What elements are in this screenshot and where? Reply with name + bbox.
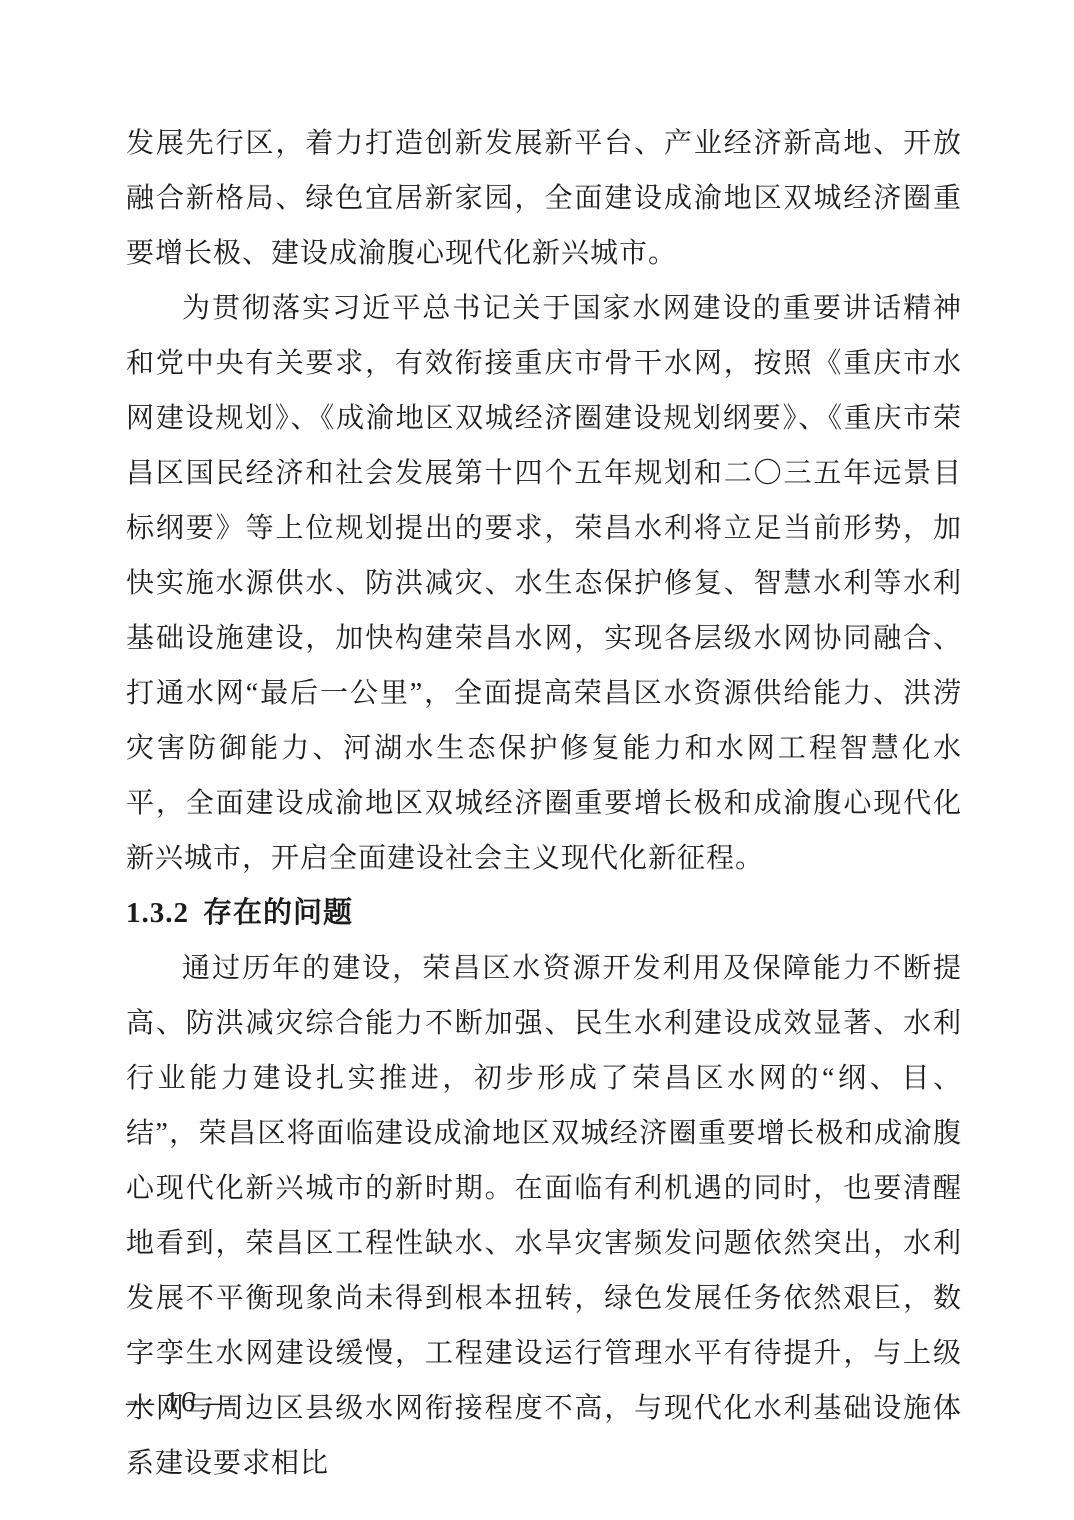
section-heading-title: 存在的问题 bbox=[203, 897, 353, 929]
paragraph-continuation-development-zone: 发展先行区，着力打造创新发展新平台、产业经济新高地、开放融合新格局、绿色宜居新家… bbox=[126, 116, 962, 281]
section-heading-number: 1.3.2 bbox=[126, 897, 189, 929]
section-heading-existing-problems: 1.3.2存在的问题 bbox=[126, 886, 962, 941]
paragraph-water-network-planning: 为贯彻落实习近平总书记关于国家水网建设的重要讲话精神和党中央有关要求，有效衔接重… bbox=[126, 281, 962, 886]
paragraph-existing-problems-body: 通过历年的建设，荣昌区水资源开发利用及保障能力不断提高、防洪减灾综合能力不断加强… bbox=[126, 941, 962, 1491]
document-page: 发展先行区，着力打造创新发展新平台、产业经济新高地、开放融合新格局、绿色宜居新家… bbox=[0, 0, 1074, 1520]
page-number: — 16 — bbox=[126, 1386, 236, 1420]
